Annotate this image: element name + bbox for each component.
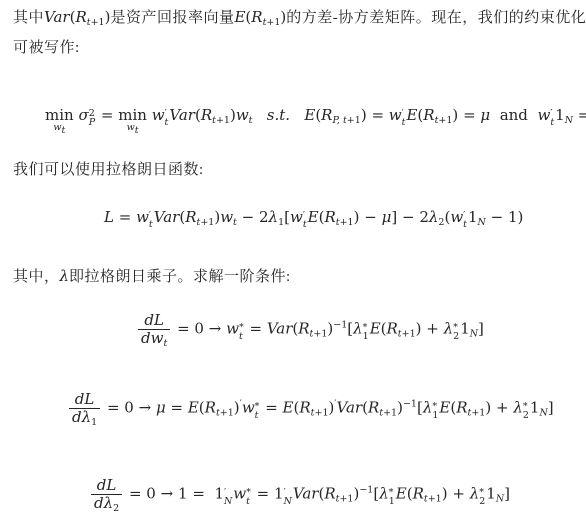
formula-constrained-optimization: minwt σ2P = minwt w′tVar(Rt+1)wt s.t. E(… bbox=[45, 104, 586, 133]
paragraph-first-order-conditions-intro: 其中，λ即拉格朗日乘子。求解一阶条件: bbox=[13, 266, 291, 287]
paragraph-intro-line2: 可被写作: bbox=[13, 38, 80, 58]
paragraph-intro-line1: 其中Var(Rt+1)是资产回报率向量E(Rt+1)的方差-协方差矩阵。现在，我… bbox=[13, 7, 586, 28]
document-page: 其中Var(Rt+1)是资产回报率向量E(Rt+1)的方差-协方差矩阵。现在，我… bbox=[0, 0, 586, 526]
formula-foc-lambda1: dLdλ1 = 0 → μ = E(Rt+1)′w*t = E(Rt+1)′Va… bbox=[67, 391, 554, 426]
paragraph-lagrangian-intro: 我们可以使用拉格朗日函数: bbox=[13, 160, 204, 180]
formula-foc-lambda2: dLdλ2 = 0 → 1 = 1′Nw*t = 1′NVar(Rt+1)−1[… bbox=[89, 477, 510, 512]
formula-lagrangian-function: L = w′tVar(Rt+1)wt − 2λ1[w′tE(Rt+1) − μ]… bbox=[104, 206, 523, 229]
formula-foc-weights: dLdwt = 0 → w*t = Var(Rt+1)−1[λ*1E(Rt+1)… bbox=[136, 312, 484, 347]
